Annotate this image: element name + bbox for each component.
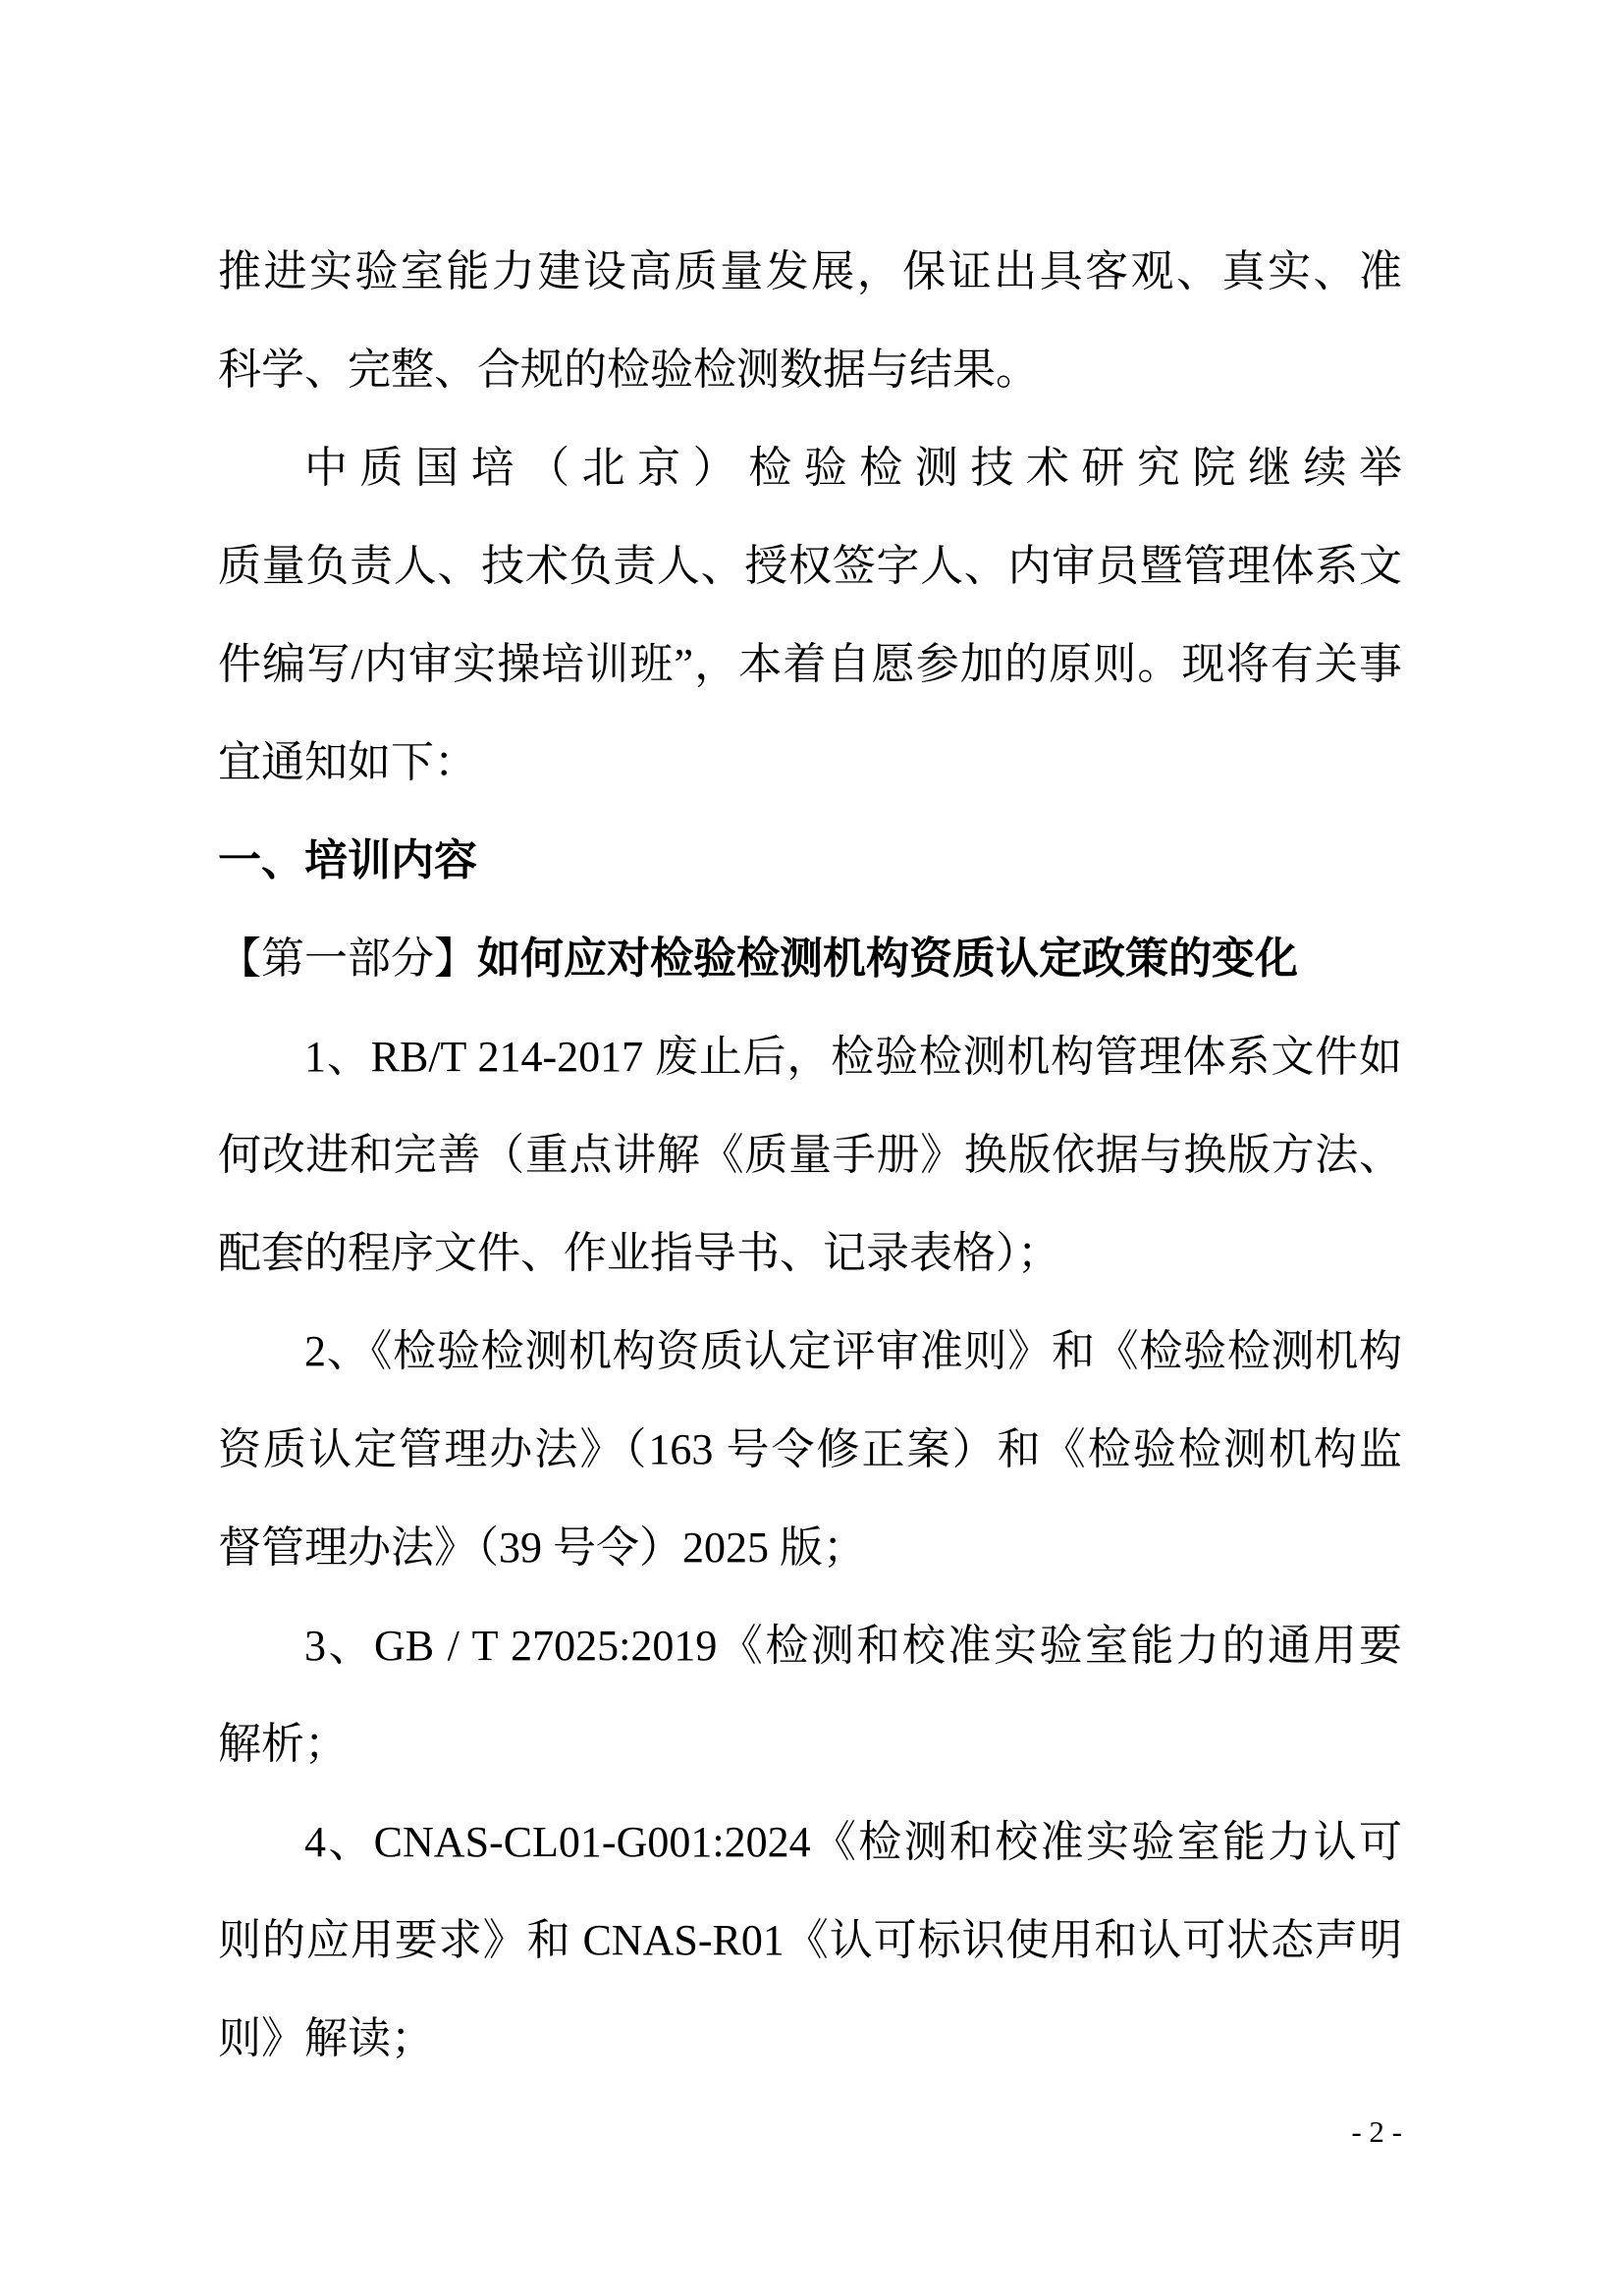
body-line: 中质国培（北京）检验检测技术研究院继续举办“CMA/CNAS <box>218 419 1402 517</box>
part-heading-title: 如何应对检验检测机构资质认定政策的变化 <box>477 934 1298 983</box>
body-line: 科学、完整、合规的检验检测数据与结果。 <box>218 321 1402 419</box>
document-page: 推进实验室能力建设高质量发展，保证出具客观、真实、准确、 科学、完整、合规的检验… <box>0 0 1624 2296</box>
section-heading: 一、培训内容 <box>218 812 1402 910</box>
part-heading-prefix: 【第一部分】 <box>218 934 477 983</box>
body-line: 则的应用要求》和 CNAS-R01《认可标识使用和认可状态声明规 <box>218 1892 1402 1990</box>
body-line: 质量负责人、技术负责人、授权签字人、内审员暨管理体系文 <box>218 517 1402 615</box>
body-line: 件编写/内审实操培训班”，本着自愿参加的原则。现将有关事 <box>218 615 1402 714</box>
body-line: 则》解读； <box>218 1990 1402 2088</box>
body-line: 4、CNAS-CL01-G001:2024《检测和校准实验室能力认可准 <box>218 1793 1402 1892</box>
part-heading: 【第一部分】如何应对检验检测机构资质认定政策的变化 <box>218 910 1402 1008</box>
body-line: 督管理办法》（39 号令）2025 版； <box>218 1499 1402 1597</box>
body-line: 2、《检验检测机构资质认定评审准则》和《检验检测机构 <box>218 1303 1402 1401</box>
body-line: 解析； <box>218 1695 1402 1793</box>
body-line: 资质认定管理办法》（163 号令修正案）和《检验检测机构监 <box>218 1401 1402 1499</box>
body-line: 1、RB/T 214-2017 废止后，检验检测机构管理体系文件如 <box>218 1008 1402 1106</box>
body-line: 3、GB / T 27025:2019《检测和校准实验室能力的通用要求》 <box>218 1597 1402 1695</box>
body-line: 何改进和完善（重点讲解《质量手册》换版依据与换版方法、 <box>218 1106 1402 1204</box>
body-line: 宜通知如下： <box>218 714 1402 812</box>
body-line: 配套的程序文件、作业指导书、记录表格）； <box>218 1204 1402 1303</box>
body-line: 推进实验室能力建设高质量发展，保证出具客观、真实、准确、 <box>218 223 1402 321</box>
document-body: 推进实验室能力建设高质量发展，保证出具客观、真实、准确、 科学、完整、合规的检验… <box>218 223 1402 2088</box>
page-number: - 2 - <box>1351 2112 1402 2152</box>
